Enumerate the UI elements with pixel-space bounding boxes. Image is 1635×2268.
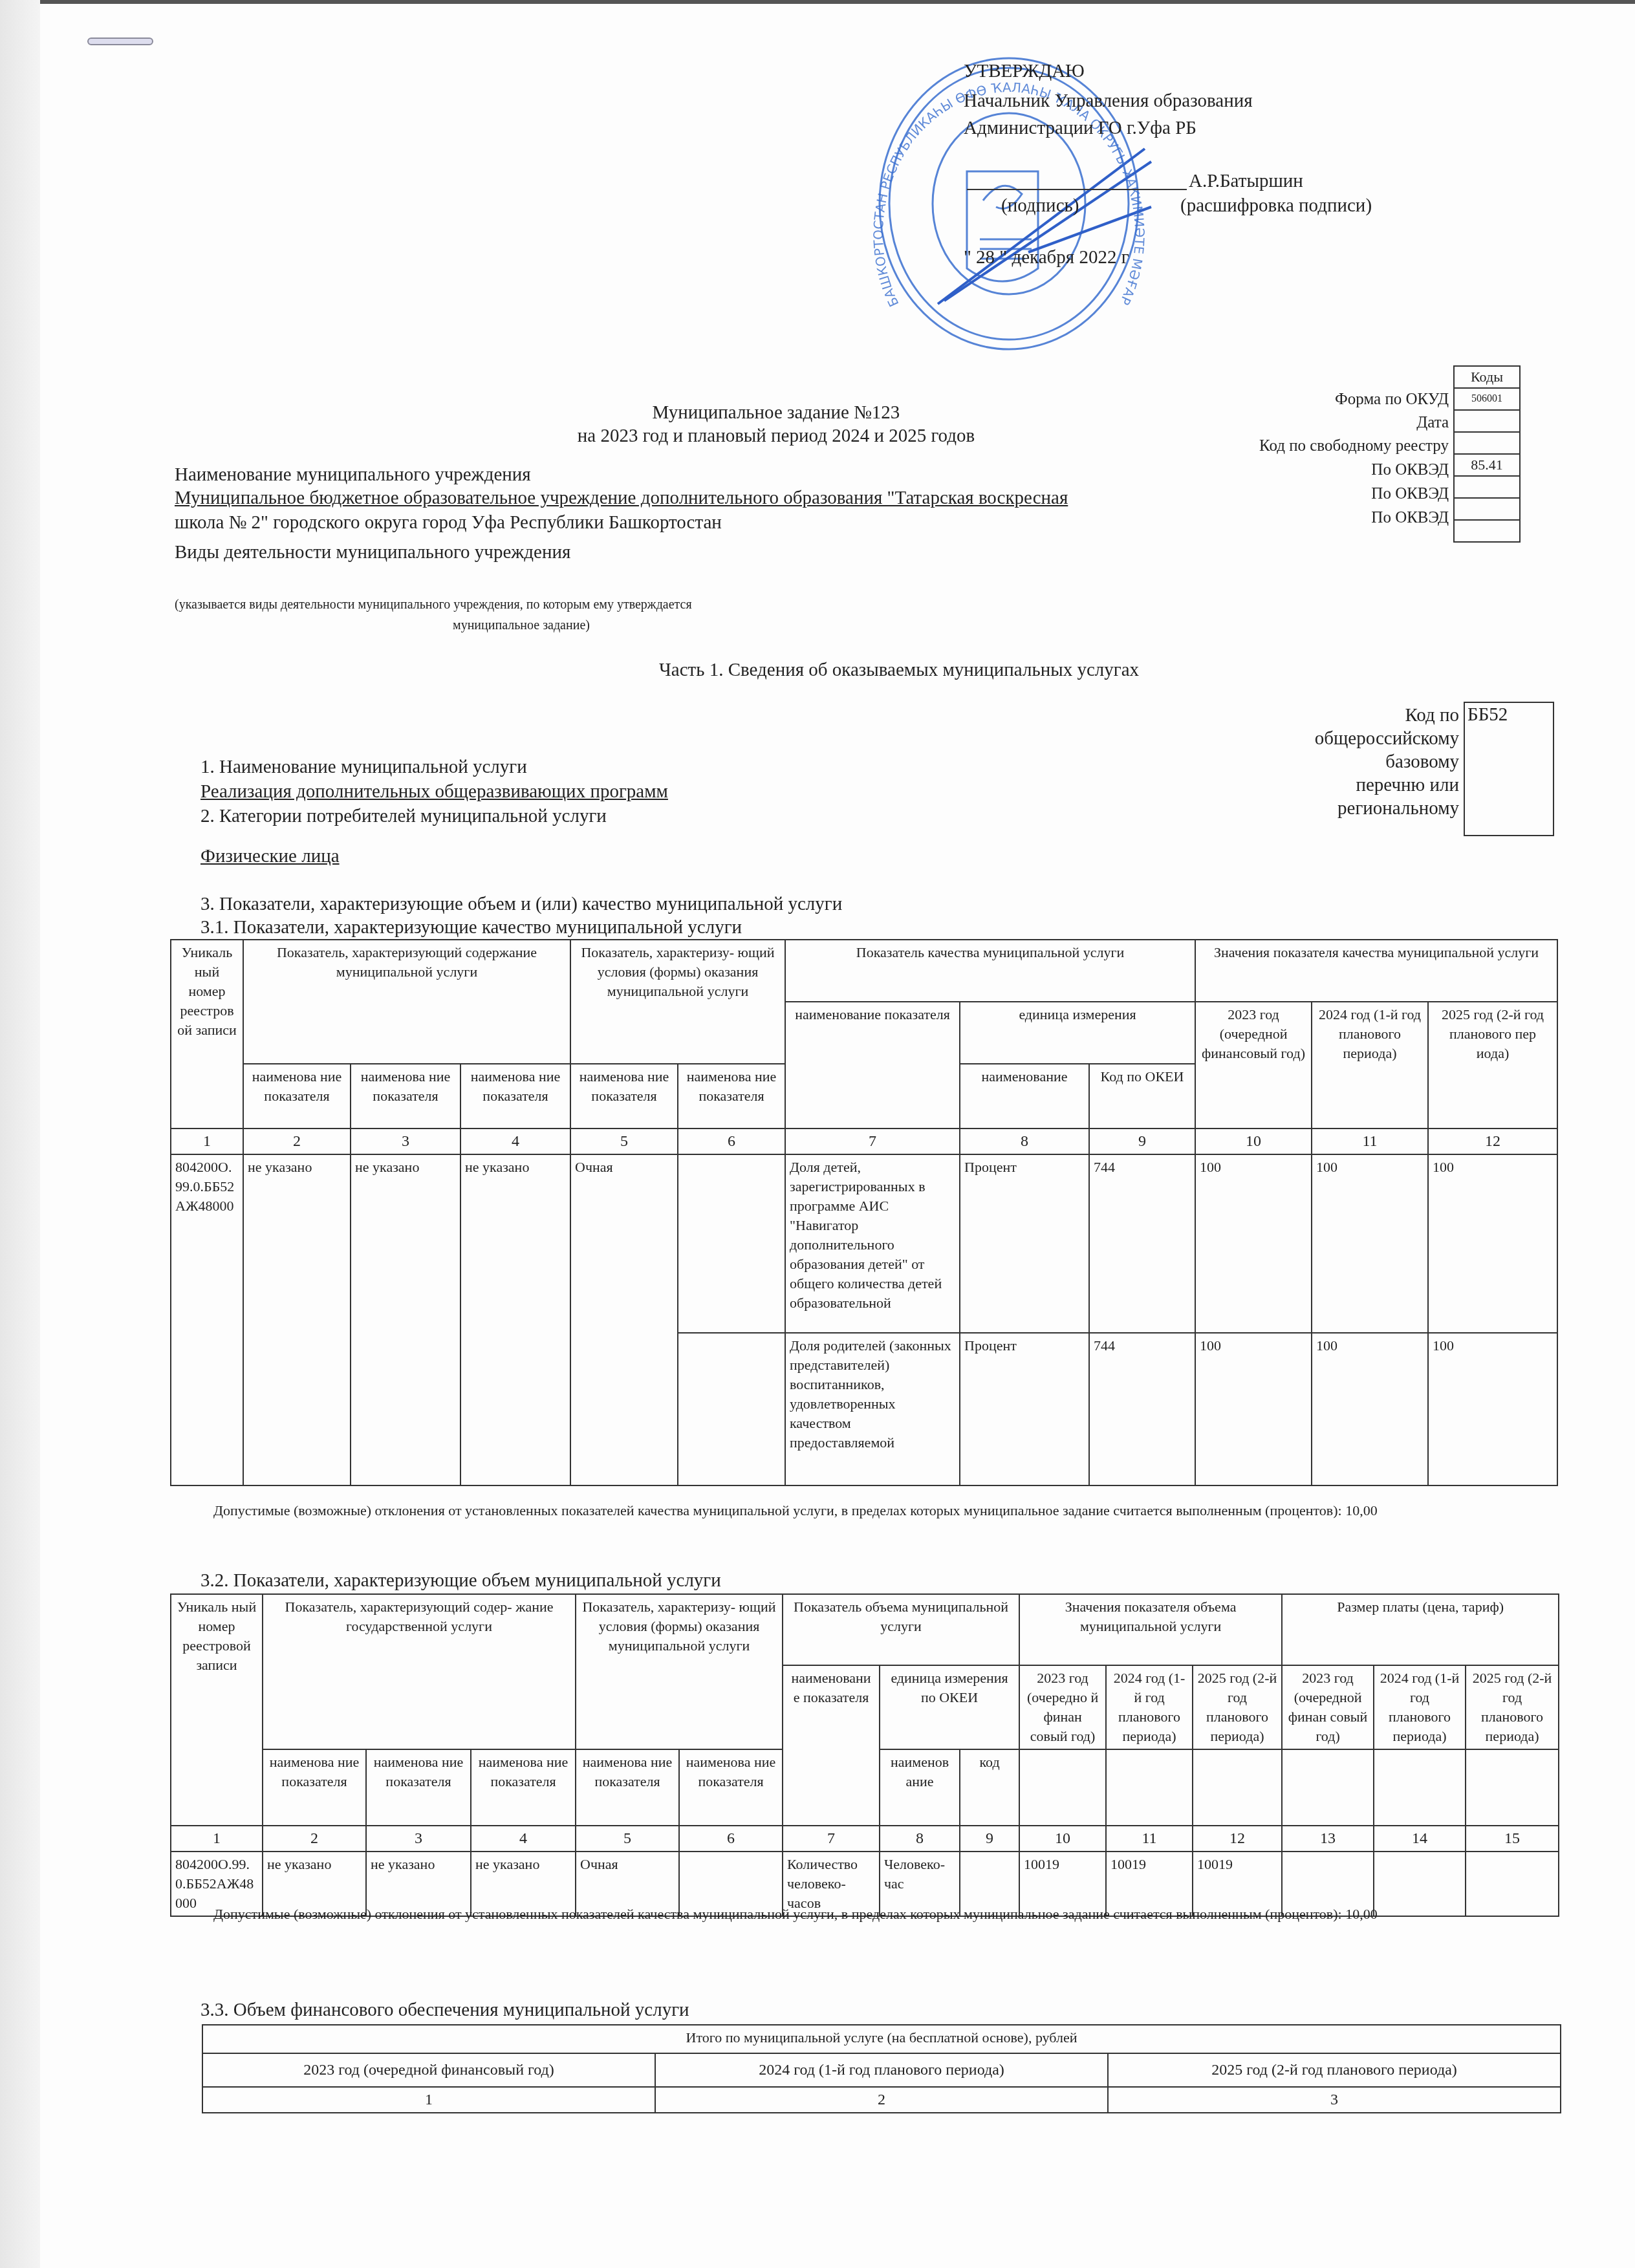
hdr-unit-code: код — [960, 1749, 1019, 1826]
cell-unit-name: Процент — [960, 1333, 1089, 1485]
col-number: 5 — [576, 1826, 679, 1852]
col-number: 14 — [1374, 1826, 1466, 1852]
cell-unit-name: Процент — [960, 1154, 1089, 1333]
col-number: 2 — [243, 1129, 351, 1154]
hdr-2024: 2024 год (1-й год планового периода) — [1312, 1002, 1428, 1129]
hdr-values-group: Значения показателя объема муниципальной… — [1019, 1594, 1282, 1665]
finance-heading: 3.3. Объем финансового обеспечения муниц… — [200, 1998, 689, 2022]
col-number: 3 — [366, 1826, 471, 1852]
cell-f2024 — [1374, 1852, 1466, 1916]
hdr-sub-name: наименова ние показателя — [263, 1749, 366, 1826]
code-okved-2 — [1454, 476, 1520, 498]
unique-number: 804200О.99.0.ББ52АЖ48000 — [171, 1154, 243, 1485]
volume-heading: 3.2. Показатели, характеризующие объем м… — [200, 1569, 721, 1592]
hdr-2023: 2023 год (очередной финансовый год) — [1195, 1002, 1312, 1129]
service-name-label: 1. Наименование муниципальной услуги — [200, 755, 527, 779]
codes-table: Коды 506001 85.41 — [1453, 365, 1521, 543]
col-number: 1 — [171, 1826, 263, 1852]
hdr-sub-name: наименова ние показателя — [471, 1749, 576, 1826]
hdr-2025: 2025 год (2-й год планового пер иода) — [1428, 1002, 1557, 1129]
hdr-values-group: Значения показателя качества муниципальн… — [1195, 940, 1557, 1002]
cell-condition-2 — [678, 1333, 785, 1485]
cell-2023: 100 — [1195, 1333, 1312, 1485]
col-number: 3 — [351, 1129, 460, 1154]
col-number: 1 — [171, 1129, 243, 1154]
hdr-fee-group: Размер платы (цена, тариф) — [1282, 1594, 1559, 1665]
cell-2024: 100 — [1312, 1333, 1428, 1485]
hdr-v2025: 2025 год (2-й год планового периода) — [1193, 1665, 1282, 1749]
hdr-empty — [1374, 1749, 1466, 1826]
code-label-okved-2: По ОКВЭД — [1196, 484, 1449, 504]
hdr-sub-name: наименова ние показателя — [460, 1064, 570, 1129]
table-row: 804200О.99.0.ББ52АЖ48000 не указано не у… — [171, 1154, 1557, 1333]
scan-edge — [0, 0, 40, 2268]
hdr-empty — [1466, 1749, 1559, 1826]
code-label-okud: Форма по ОКУД — [1196, 389, 1449, 410]
col-number: 10 — [1019, 1826, 1106, 1852]
col-number: 9 — [1089, 1129, 1195, 1154]
hdr-indicator-name: наименование показателя — [785, 1002, 960, 1129]
paper-clip-mark — [87, 38, 153, 45]
institution-name-1: Муниципальное бюджетное образовательное … — [175, 486, 1068, 510]
col-number: 12 — [1193, 1826, 1282, 1852]
hdr-empty — [1019, 1749, 1106, 1826]
activity-label: Виды деятельности муниципального учрежде… — [175, 541, 570, 564]
code-label-line: Код по — [1229, 704, 1459, 727]
cell-unit-code: 744 — [1089, 1154, 1195, 1333]
hdr-unique: Уникаль ный номер реестров ой записи — [171, 940, 243, 1129]
approval-title: УТВЕРЖДАЮ — [964, 59, 1085, 83]
hdr-sub-name: наименова ние показателя — [679, 1749, 783, 1826]
cell-2023: 100 — [1195, 1154, 1312, 1333]
hdr-volume-group: Показатель объема муниципальной услуги — [783, 1594, 1019, 1665]
col-number: 4 — [471, 1826, 576, 1852]
code-label-line: региональному — [1229, 797, 1459, 820]
signature-line — [967, 188, 1187, 190]
hdr-unique: Уникаль ный номер реестровой записи — [171, 1594, 263, 1826]
indicators-heading: 3. Показатели, характеризующие объем и (… — [200, 892, 842, 916]
code-extra — [1454, 520, 1520, 542]
col-number: 7 — [783, 1826, 880, 1852]
activity-note-2: муниципальное задание) — [453, 617, 590, 634]
code-label-line: общероссийскому — [1229, 727, 1459, 750]
hdr-unit-code: Код по ОКЕИ — [1089, 1064, 1195, 1129]
approval-date: " 28 " декабря 2022 г — [964, 246, 1129, 269]
cell-2024: 100 — [1312, 1154, 1428, 1333]
hdr-empty — [1193, 1749, 1282, 1826]
service-name: Реализация дополнительных общеразвивающи… — [200, 780, 668, 803]
hdr-sub-name: наименова ние показателя — [366, 1749, 471, 1826]
col-number: 11 — [1312, 1129, 1428, 1154]
hdr-unit: единица измерения по ОКЕИ — [880, 1665, 1019, 1749]
hdr-quality-group: Показатель качества муниципальной услуги — [785, 940, 1195, 1002]
col-number: 8 — [960, 1129, 1089, 1154]
finance-col-2024: 2024 год (1-й год планового периода) — [655, 2053, 1108, 2087]
quality-table: Уникаль ный номер реестров ой записи Пок… — [170, 939, 1558, 1486]
code-label-line: перечню или — [1229, 773, 1459, 797]
hdr-sub-name: наименова ние показателя — [576, 1749, 679, 1826]
hdr-f2023: 2023 год (очередной финан совый год) — [1282, 1665, 1374, 1749]
code-label-okved-3: По ОКВЭД — [1196, 508, 1449, 528]
hdr-sub-name: наименова ние показателя — [678, 1064, 785, 1129]
col-number: 13 — [1282, 1826, 1374, 1852]
col-number: 3 — [1108, 2087, 1561, 2113]
document-subtitle: на 2023 год и плановый период 2024 и 202… — [453, 424, 1099, 448]
hdr-unit-name: наименование — [960, 1064, 1089, 1129]
code-date — [1454, 410, 1520, 432]
code-okved-3 — [1454, 498, 1520, 520]
hdr-conditions-group: Показатель, характеризу- ющий условия (ф… — [576, 1594, 783, 1749]
institution-label: Наименование муниципального учреждения — [175, 463, 531, 486]
col-number: 7 — [785, 1129, 960, 1154]
col-number: 10 — [1195, 1129, 1312, 1154]
code-label-okved-1: По ОКВЭД — [1196, 460, 1449, 481]
codes-header: Коды — [1454, 366, 1520, 388]
code-label: Код по общероссийскому базовому перечню … — [1229, 704, 1459, 820]
cell-indicator: Доля детей, зарегистрированных в програм… — [785, 1154, 960, 1333]
code-label-date: Дата — [1196, 413, 1449, 433]
finance-table: Итого по муниципальной услуге (на беспла… — [202, 2024, 1561, 2113]
cell-2025: 100 — [1428, 1154, 1557, 1333]
hdr-v2023: 2023 год (очередно й финан совый год) — [1019, 1665, 1106, 1749]
service-code-box: ББ52 — [1464, 702, 1554, 836]
hdr-content-group: Показатель, характеризующий содер- жание… — [263, 1594, 576, 1749]
hdr-f2025: 2025 год (2-й год планового периода) — [1466, 1665, 1559, 1749]
col-number: 1 — [202, 2087, 655, 2113]
hdr-sub-name: наименова ние показателя — [570, 1064, 678, 1129]
finance-col-2025: 2025 год (2-й год планового периода) — [1108, 2053, 1561, 2087]
decode-caption: (расшифровка подписи) — [1180, 194, 1372, 217]
col-number: 2 — [655, 2087, 1108, 2113]
hdr-sub-name: наименова ние показателя — [351, 1064, 460, 1129]
col-number: 6 — [679, 1826, 783, 1852]
col-number: 12 — [1428, 1129, 1557, 1154]
col-number: 15 — [1466, 1826, 1559, 1852]
activity-note-1: (указывается виды деятельности муниципал… — [175, 596, 692, 613]
cell-indicator: Доля родителей (законных представителей)… — [785, 1333, 960, 1485]
finance-col-2023: 2023 год (очередной финансовый год) — [202, 2053, 655, 2087]
cell-2025: 100 — [1428, 1333, 1557, 1485]
part1-title: Часть 1. Сведения об оказываемых муницип… — [453, 658, 1345, 682]
approval-position-2: Администрации ГО г.Уфа РБ — [964, 116, 1196, 140]
document-title: Муниципальное задание №123 — [517, 401, 1035, 424]
hdr-sub-name: наименова ние показателя — [243, 1064, 351, 1129]
volume-tolerance-note: Допустимые (возможные) отклонения от уст… — [213, 1905, 1378, 1923]
hdr-conditions-group: Показатель, характеризу- ющий условия (ф… — [570, 940, 785, 1064]
col-number: 2 — [263, 1826, 366, 1852]
code-label-line: базовому — [1229, 750, 1459, 773]
code-registry — [1454, 432, 1520, 454]
signature-caption: (подпись) — [1001, 194, 1079, 217]
hdr-empty — [1282, 1749, 1374, 1826]
category-value: Физические лица — [200, 845, 340, 868]
col-number: 4 — [460, 1129, 570, 1154]
finance-title: Итого по муниципальной услуге (на беспла… — [202, 2025, 1561, 2053]
col-number: 5 — [570, 1129, 678, 1154]
scan-top-edge — [40, 0, 1635, 4]
hdr-v2024: 2024 год (1-й год планового периода) — [1106, 1665, 1193, 1749]
code-okved-1: 85.41 — [1454, 454, 1520, 476]
cell-content-1: не указано — [243, 1154, 351, 1485]
cell-content-2: не указано — [351, 1154, 460, 1485]
approval-position-1: Начальник Управления образования — [964, 89, 1253, 113]
col-number: 9 — [960, 1826, 1019, 1852]
quality-tolerance-note: Допустимые (возможные) отклонения от уст… — [213, 1502, 1378, 1520]
col-number: 8 — [880, 1826, 960, 1852]
service-code: ББ52 — [1467, 704, 1508, 725]
hdr-unit-name: наименов ание — [880, 1749, 960, 1826]
cell-condition-2 — [678, 1154, 785, 1333]
hdr-content-group: Показатель, характеризующий содержание м… — [243, 940, 570, 1064]
col-number: 6 — [678, 1129, 785, 1154]
signer-name: А.Р.Батыршин — [1189, 169, 1303, 193]
code-label-registry: Код по свободному реестру — [1196, 436, 1449, 457]
volume-table: Уникаль ный номер реестровой записи Пока… — [170, 1593, 1559, 1917]
quality-heading: 3.1. Показатели, характеризующие качеств… — [200, 916, 742, 939]
code-okud: 506001 — [1454, 388, 1520, 410]
cell-unit-code: 744 — [1089, 1333, 1195, 1485]
hdr-empty — [1106, 1749, 1193, 1826]
institution-name-2: школа № 2" городского округа город Уфа Р… — [175, 511, 722, 534]
category-label: 2. Категории потребителей муниципальной … — [200, 805, 607, 828]
cell-f2025 — [1466, 1852, 1559, 1916]
hdr-unit: единица измерения — [960, 1002, 1195, 1064]
cell-form: Очная — [570, 1154, 678, 1485]
col-number: 11 — [1106, 1826, 1193, 1852]
cell-content-3: не указано — [460, 1154, 570, 1485]
hdr-indicator-name: наименовани е показателя — [783, 1665, 880, 1826]
hdr-f2024: 2024 год (1-й год планового периода) — [1374, 1665, 1466, 1749]
